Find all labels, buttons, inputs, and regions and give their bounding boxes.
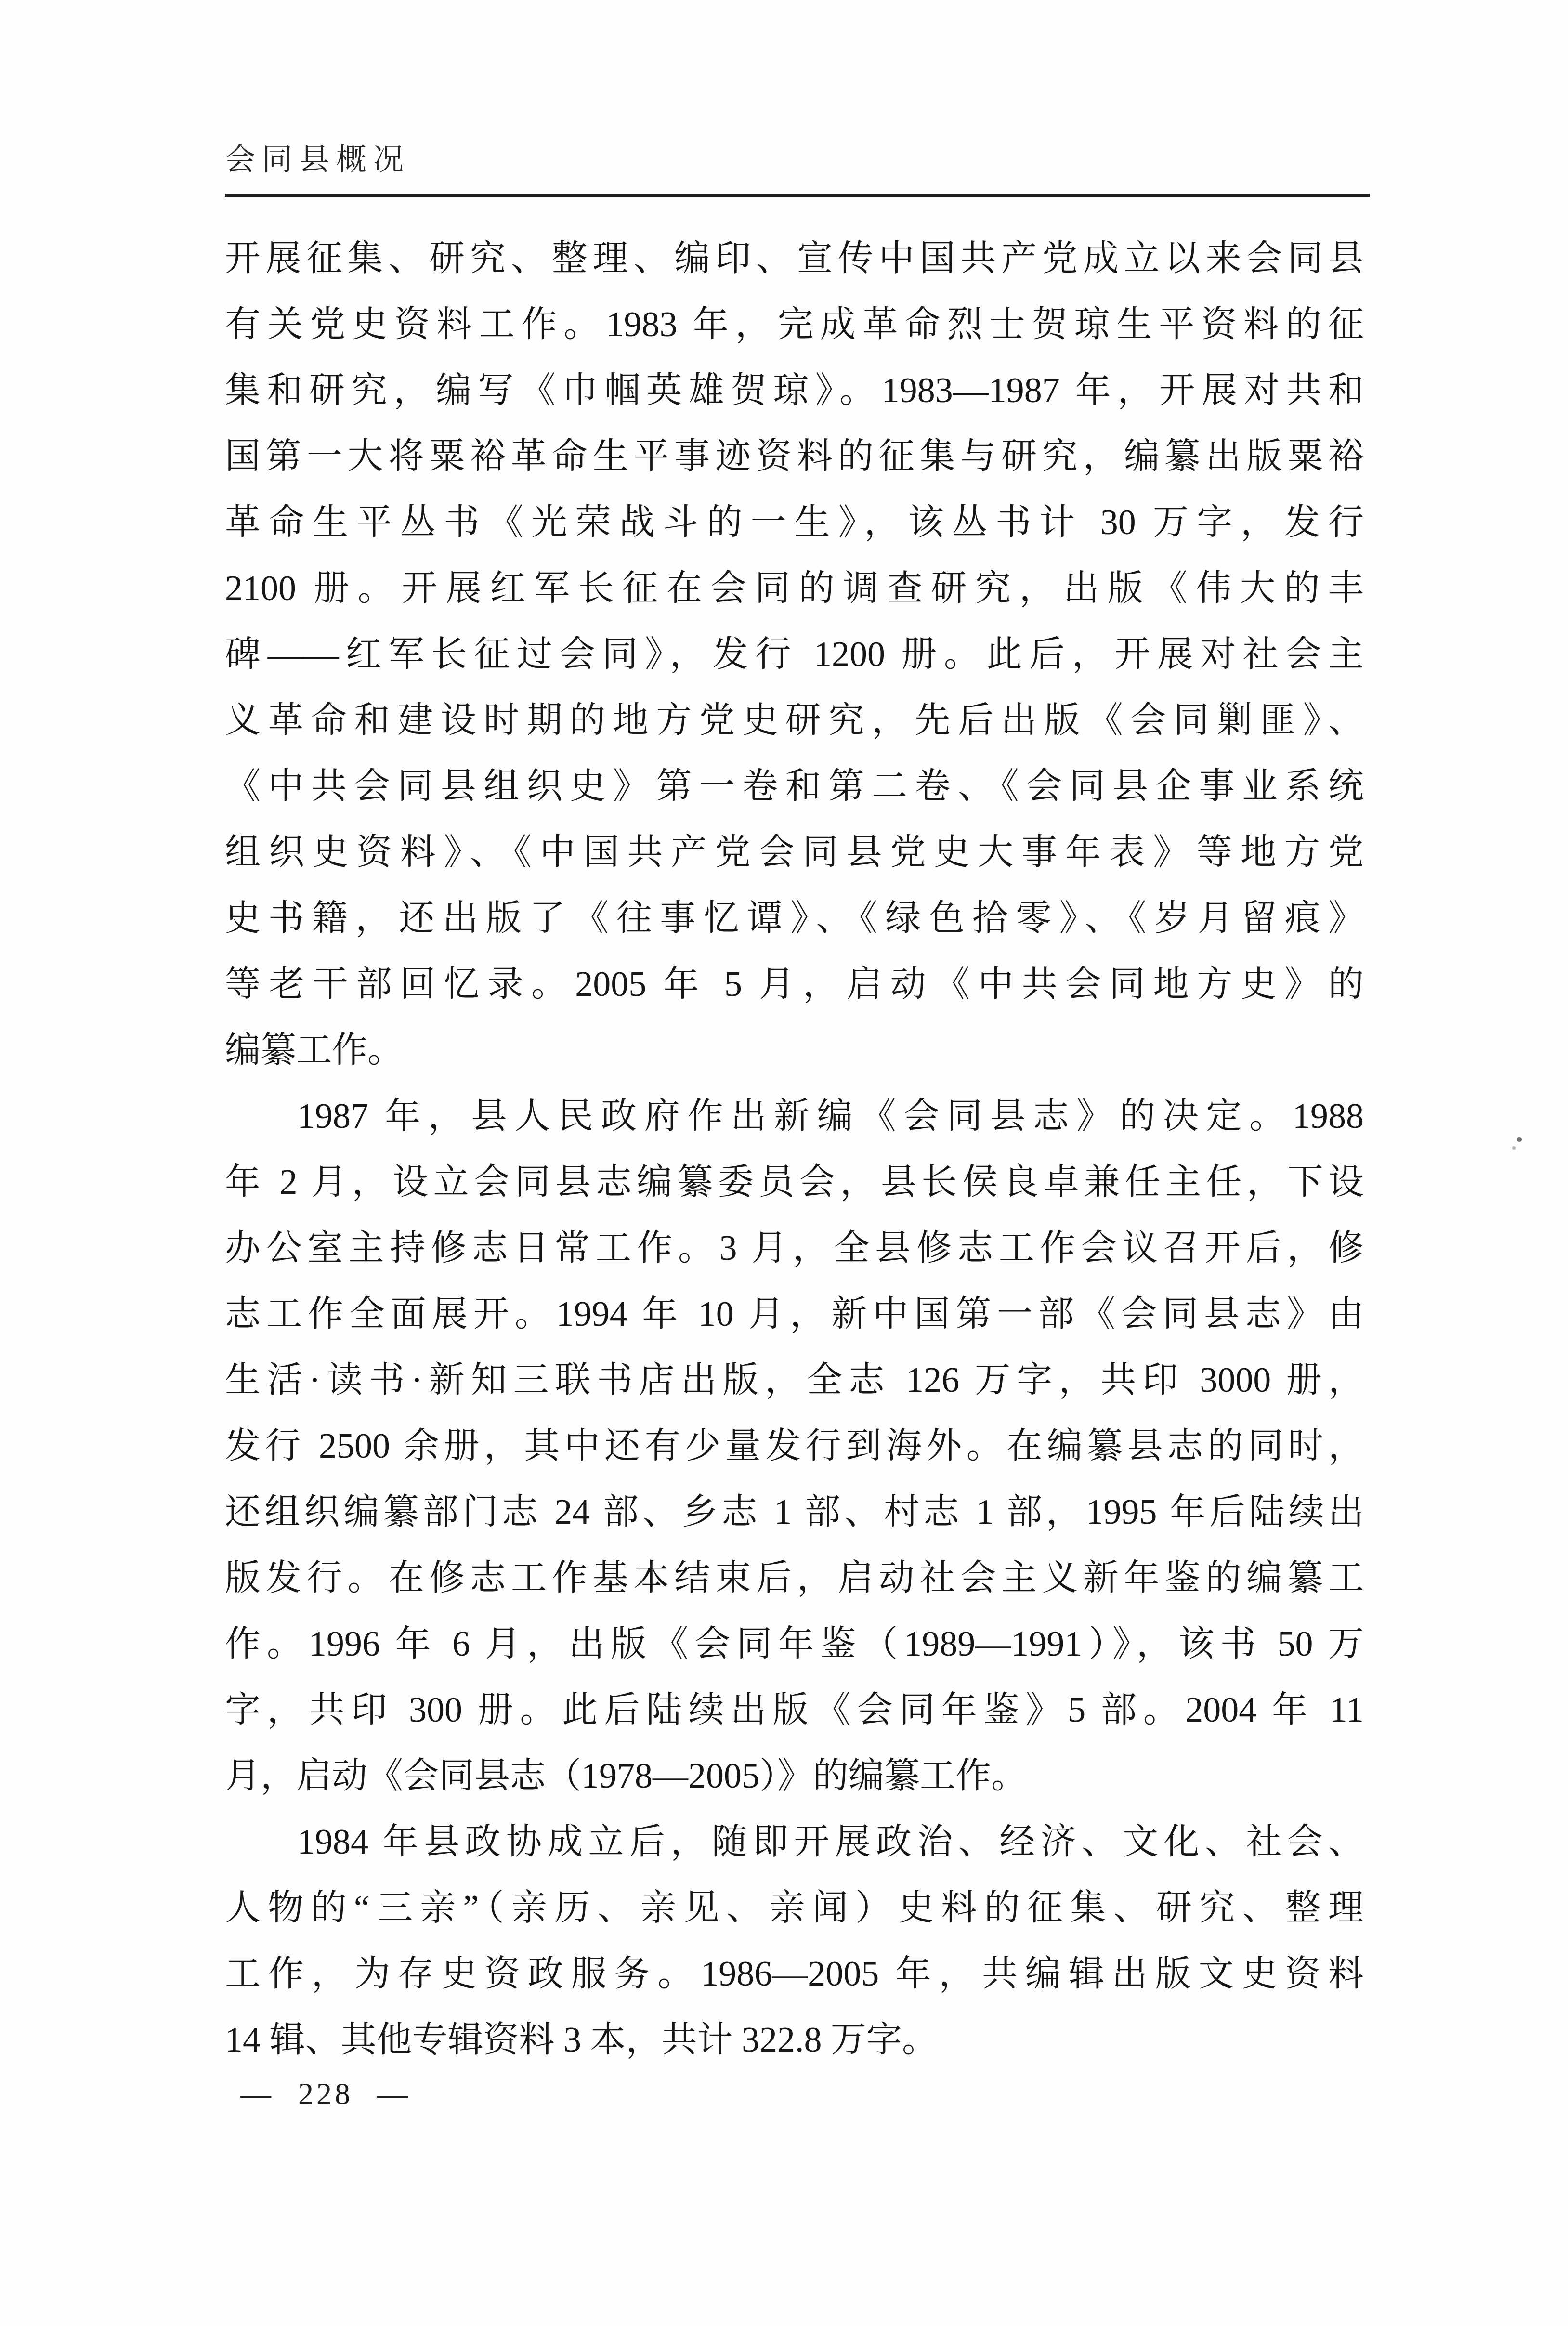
text-line: 人物的“三亲”（亲历、亲见、亲闻）史料的征集、研究、整理 [225,1875,1364,1941]
running-header-title: 会同县概况 [225,135,410,179]
text-line: 生活·读书·新知三联书店出版，全志 126 万字，共印 3000 册， [225,1347,1364,1413]
text-line: 月，启动《会同县志（1978—2005）》的编纂工作。 [225,1743,1364,1809]
text-line: 集和研究，编写《巾帼英雄贺琼》。1983—1987 年，开展对共和 [225,358,1364,424]
text-line: 革命生平丛书《光荣战斗的一生》，该丛书计 30 万字，发行 [225,490,1364,556]
text-line: 14 辑、其他专辑资料 3 本，共计 322.8 万字。 [225,2007,1364,2073]
text-line: 还组织编纂部门志 24 部、乡志 1 部、村志 1 部，1995 年后陆续出 [225,1479,1364,1545]
page-number: — 228 — [240,2075,411,2113]
header-rule [225,194,1370,197]
text-line: 1987 年，县人民政府作出新编《会同县志》的决定。1988 [225,1084,1364,1150]
text-line: 作。1996 年 6 月，出版《会同年鉴（1989—1991）》，该书 50 万 [225,1611,1364,1677]
text-line: 志工作全面展开。1994 年 10 月，新中国第一部《会同县志》由 [225,1281,1364,1347]
text-line: 版发行。在修志工作基本结束后，启动社会主义新年鉴的编纂工 [225,1545,1364,1611]
text-line: 史书籍，还出版了《往事忆谭》、《绿色拾零》、《岁月留痕》 [225,886,1364,952]
text-line: 《中共会同县组织史》第一卷和第二卷、《会同县企事业系统 [225,754,1364,820]
ink-speck [1512,1146,1516,1150]
text-line: 国第一大将粟裕革命生平事迹资料的征集与研究，编纂出版粟裕 [225,424,1364,490]
text-line: 1984 年县政协成立后，随即开展政治、经济、文化、社会、 [225,1809,1364,1875]
text-line: 组织史资料》、《中国共产党会同县党史大事年表》等地方党 [225,820,1364,886]
text-line: 有关党史资料工作。1983 年，完成革命烈士贺琼生平资料的征 [225,292,1364,358]
text-line: 义革命和建设时期的地方党史研究，先后出版《会同剿匪》、 [225,688,1364,754]
text-line: 年 2 月，设立会同县志编纂委员会，县长侯良卓兼任主任，下设 [225,1150,1364,1215]
body-text: 开展征集、研究、整理、编印、宣传中国共产党成立以来会同县有关党史资料工作。198… [225,226,1364,2073]
ink-speck [1517,1137,1522,1142]
text-line: 开展征集、研究、整理、编印、宣传中国共产党成立以来会同县 [225,226,1364,292]
text-line: 办公室主持修志日常工作。3 月，全县修志工作会议召开后，修 [225,1215,1364,1281]
text-line: 字，共印 300 册。此后陆续出版《会同年鉴》5 部。2004 年 11 [225,1677,1364,1743]
text-line: 发行 2500 余册，其中还有少量发行到海外。在编纂县志的同时， [225,1413,1364,1479]
text-line: 工作，为存史资政服务。1986—2005 年，共编辑出版文史资料 [225,1941,1364,2007]
book-page: 会同县概况 开展征集、研究、整理、编印、宣传中国共产党成立以来会同县有关党史资料… [0,0,1568,2326]
text-line: 编纂工作。 [225,1018,1364,1084]
text-line: 等老干部回忆录。2005 年 5 月，启动《中共会同地方史》的 [225,952,1364,1018]
text-line: 碑——红军长征过会同》，发行 1200 册。此后，开展对社会主 [225,622,1364,688]
text-line: 2100 册。开展红军长征在会同的调查研究，出版《伟大的丰 [225,556,1364,622]
